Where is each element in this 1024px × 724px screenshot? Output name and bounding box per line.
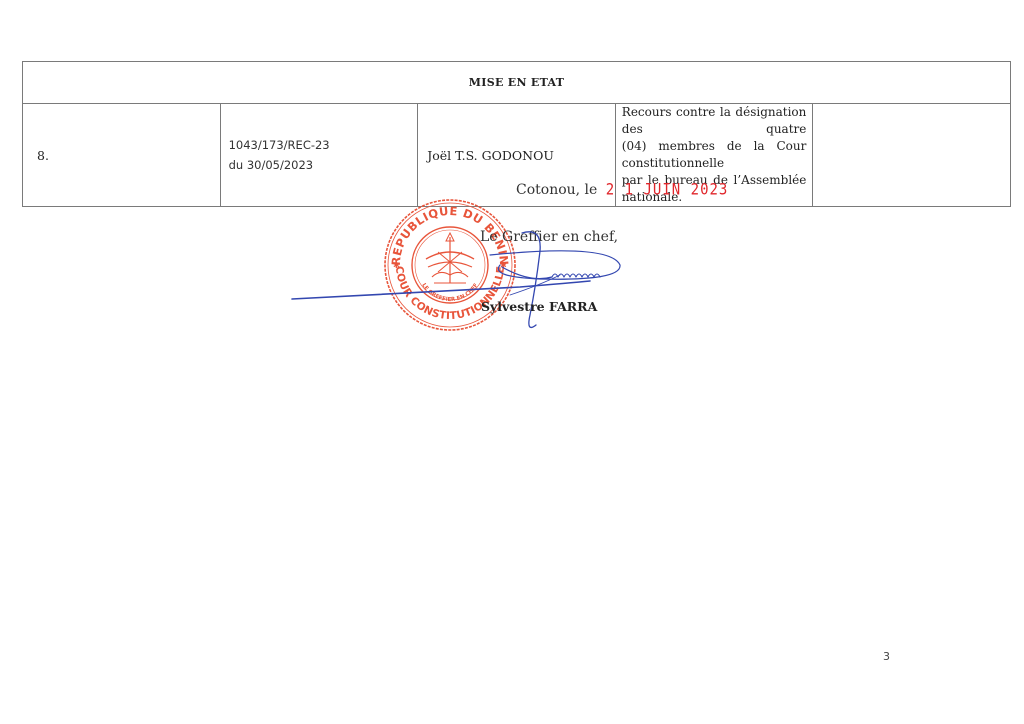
page-number: 3	[883, 650, 890, 663]
date-stamp: 2 1 JUIN 2023	[606, 181, 729, 199]
document-page: MISE EN ETAT 8. 1043/173/REC-23 du 30/05…	[0, 0, 1024, 724]
case-reference-date: du 30/05/2023	[229, 155, 418, 175]
case-object-line: (04) membres de la Cour constitutionnell…	[622, 138, 807, 172]
signatory-name: Sylvestre FARRA	[481, 299, 597, 314]
section-title: MISE EN ETAT	[23, 62, 1011, 104]
place-prefix: Cotonou, le	[516, 182, 597, 198]
case-observation	[813, 104, 1011, 207]
case-number: 8.	[23, 104, 221, 207]
place-and-date: Cotonou, le 2 1 JUIN 2023	[516, 182, 728, 198]
case-reference: 1043/173/REC-23 du 30/05/2023	[220, 104, 418, 207]
case-object-line: Recours contre la désignation des quatre	[622, 104, 807, 138]
handwritten-signature-icon	[290, 225, 630, 335]
section-header-row: MISE EN ETAT	[23, 62, 1011, 104]
case-reference-id: 1043/173/REC-23	[229, 135, 418, 155]
